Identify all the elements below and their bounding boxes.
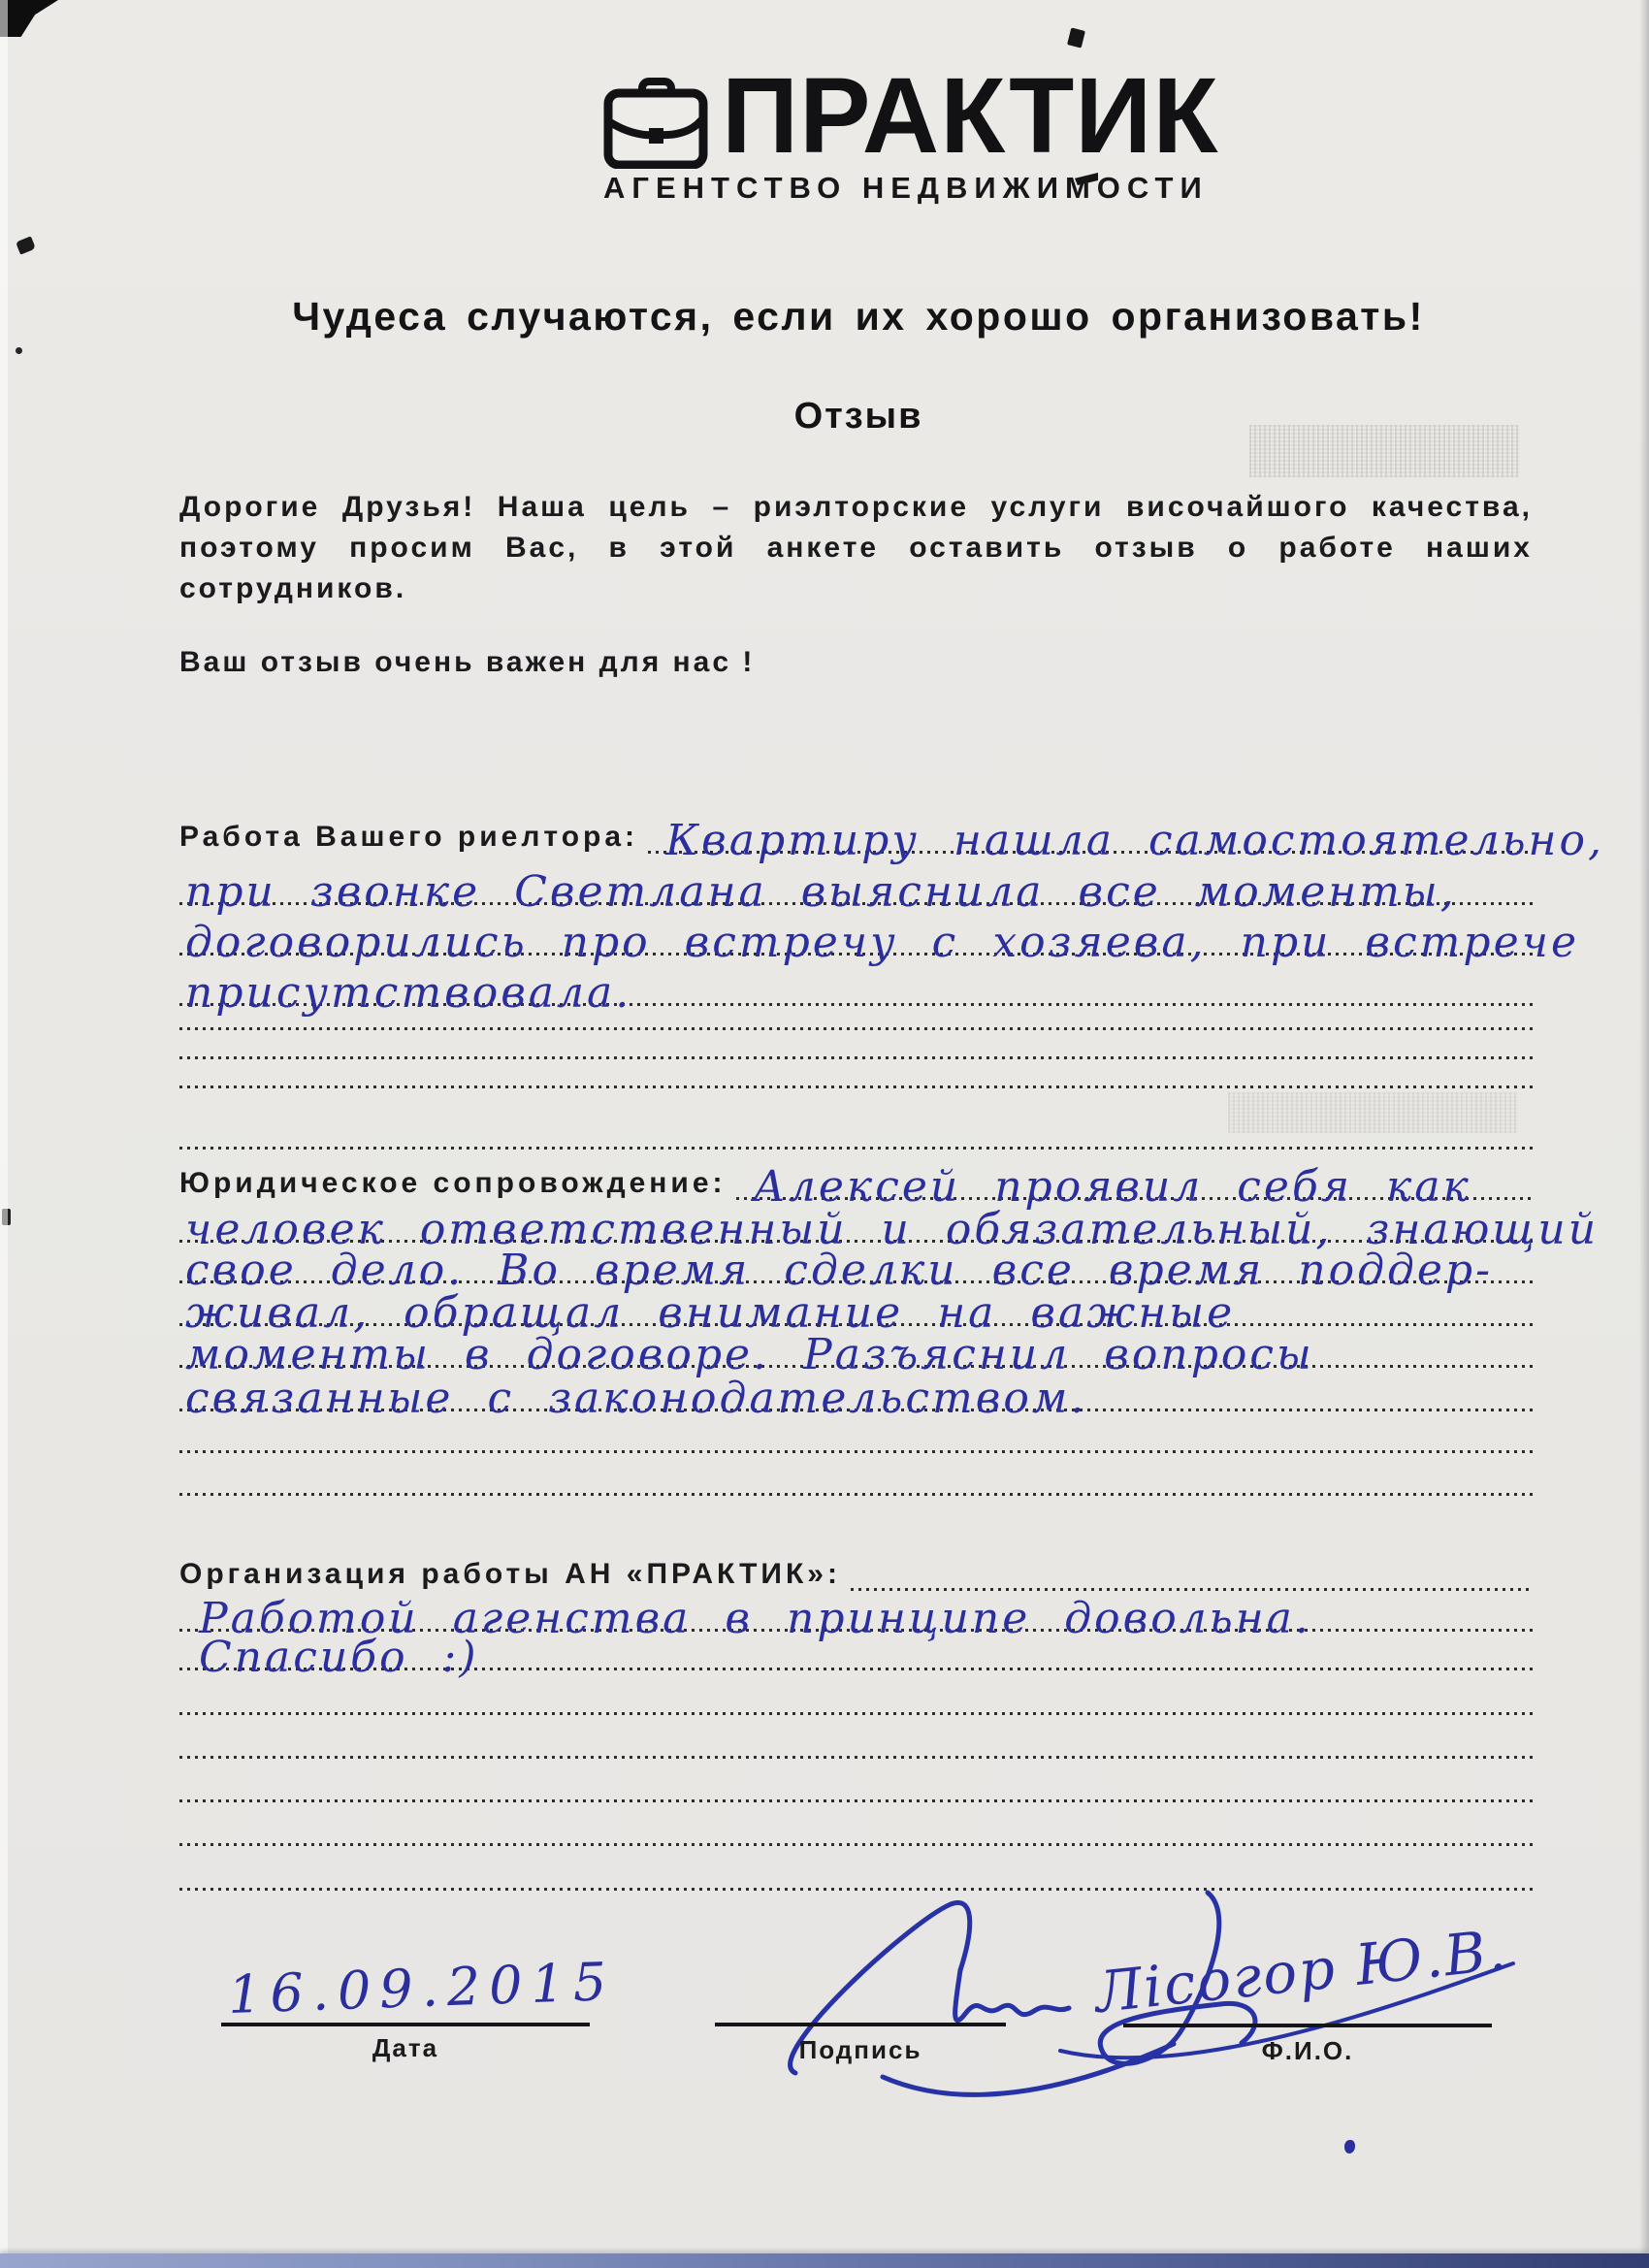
brand-subtitle: АГЕНТСТВО НЕДВИЖИМОСТИ [603, 171, 1224, 206]
intro-line: поэтому просим Вас, в этой анкете остави… [179, 528, 1533, 568]
scan-mark [1067, 27, 1085, 48]
answer-line: моменты в договоре. Разъяснил вопросы [179, 1326, 1533, 1368]
intro-line: Дорогие Друзья! Наша цель – риэлторские … [179, 487, 1533, 528]
briefcase-icon [603, 78, 708, 169]
answer-line-empty [179, 1759, 1533, 1802]
answer-line-empty [179, 1001, 1533, 1030]
signature-line [715, 2023, 1006, 2026]
answer-line: человек ответственный и обязательный, зн… [179, 1200, 1533, 1243]
name-line [1123, 2024, 1492, 2027]
signature-label: Подпись [715, 2035, 1006, 2065]
answer-line: Квартиру нашла самостоятельно, [648, 813, 1533, 854]
field-row-realtor: Работа Вашего риелтора: Квартиру нашла с… [179, 813, 1533, 854]
headline: Чудеса случаются, если их хорошо организ… [179, 294, 1537, 340]
answer-line-empty [179, 1846, 1533, 1891]
answer-line: при звонке Светлана выяснила все моменты… [179, 854, 1533, 905]
scan-corner-blob [0, 0, 58, 37]
answer-line-empty [179, 1802, 1533, 1846]
answer-line [851, 1550, 1533, 1591]
intro-line: сотрудников. [179, 568, 1533, 609]
scan-edge-shadow [1639, 0, 1649, 2268]
name-label: Ф.И.О. [1123, 2036, 1492, 2066]
answer-line-empty [179, 1030, 1533, 1059]
answer-line: присутствовала. [179, 956, 1533, 1006]
handwritten-date: 16.09.2015 [227, 1951, 616, 2025]
answer-line: свое дело. Во время сделки все время под… [179, 1243, 1533, 1283]
answer-line-empty [179, 1715, 1533, 1759]
scan-edge-highlight [0, 0, 8, 2268]
intro-paragraph: Дорогие Друзья! Наша цель – риэлторские … [179, 487, 1533, 609]
scanned-feedback-form: ПРАКТИК АГЕНТСТВО НЕДВИЖИМОСТИ Чудеса сл… [0, 0, 1649, 2268]
ink-dot [1344, 2140, 1355, 2154]
field-row-organization: Организация работы АН «ПРАКТИК»: [179, 1550, 1533, 1591]
scan-bottom-strip [0, 2253, 1649, 2268]
answer-line: Алексей проявил себя как [736, 1159, 1533, 1200]
answer-line: Работой агенства в принципе довольна. [179, 1591, 1533, 1632]
answer-line-empty [179, 1453, 1533, 1496]
answer-line-empty [179, 1670, 1533, 1715]
answer-line-empty [179, 1120, 1533, 1150]
answer-line: живал, обращал внимание на важные [179, 1283, 1533, 1326]
field-label: Юридическое сопровождение: [179, 1169, 727, 1200]
answer-line: Спасибо :) [179, 1632, 1533, 1670]
date-label: Дата [221, 2033, 590, 2063]
answer-line: связанные с законодательством. [179, 1368, 1533, 1411]
note-line: Ваш отзыв очень важен для нас ! [179, 646, 755, 679]
field-label: Работа Вашего риелтора: [179, 823, 638, 854]
field-row-legal: Юридическое сопровождение: Алексей прояв… [179, 1159, 1533, 1200]
form-title: Отзыв [179, 396, 1537, 437]
brand-name: ПРАКТИК [722, 62, 1218, 171]
date-line [221, 2023, 590, 2026]
answer-line-empty [179, 1059, 1533, 1088]
scan-mark [16, 236, 36, 254]
answer-line-empty [179, 1411, 1533, 1453]
field-label: Организация работы АН «ПРАКТИК»: [179, 1560, 841, 1591]
answer-line: договорились про встречу с хозяева, при … [179, 905, 1533, 956]
scan-mark [16, 347, 22, 354]
